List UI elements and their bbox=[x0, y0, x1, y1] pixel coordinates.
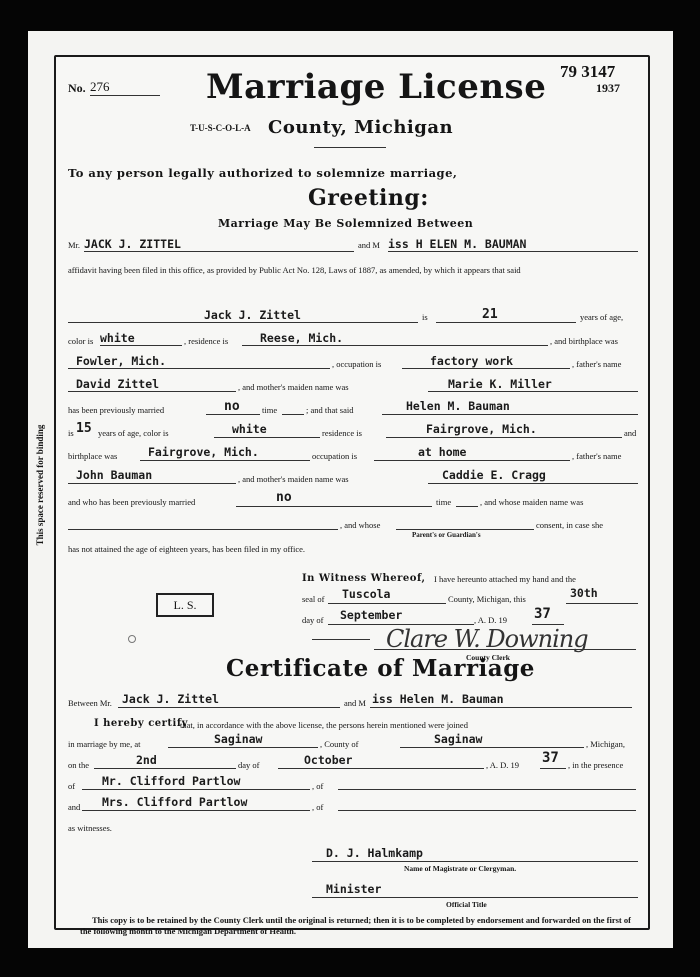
binding-margin: This space reserved for binding bbox=[30, 400, 50, 570]
witness-two: Mrs. Clifford Partlow bbox=[102, 795, 247, 809]
cert-ad-label: , A. D. 19 bbox=[486, 760, 519, 770]
bride-occupation: at home bbox=[418, 445, 466, 459]
bride-and-label: and bbox=[624, 428, 636, 438]
certify-text: that, in accordance with the above licen… bbox=[180, 720, 468, 730]
cert-and-label: and M bbox=[344, 698, 366, 708]
bride-name: iss H ELEN M. BAUMAN bbox=[388, 237, 526, 251]
groom-occupation-line bbox=[402, 368, 570, 369]
witness-two-of-label: , of bbox=[312, 802, 323, 812]
county-prefix: T-U-S-C-O-L-A bbox=[190, 123, 251, 133]
greeting: Greeting: bbox=[308, 185, 429, 211]
mother-label: , and mother's maiden name was bbox=[238, 382, 349, 392]
cert-place: Saginaw bbox=[214, 732, 262, 746]
bride-residence: Fairgrove, Mich. bbox=[426, 422, 537, 436]
certificate-title: Certificate of Marriage bbox=[226, 655, 535, 682]
bride-mother-line bbox=[428, 483, 638, 484]
occupation-label: , occupation is bbox=[332, 359, 381, 369]
bride-birthplace: Fairgrove, Mich. bbox=[148, 445, 259, 459]
mr-label: Mr. bbox=[68, 240, 80, 250]
bride-occupation-line bbox=[374, 460, 570, 461]
certify-intro: I hereby certify bbox=[94, 718, 188, 729]
cert-day-of-label: day of bbox=[238, 760, 259, 770]
groom-residence-line bbox=[242, 345, 548, 346]
witness-intro: In Witness Whereof, bbox=[302, 573, 426, 584]
groom-full-name: Jack J. Zittel bbox=[204, 308, 301, 322]
consent-label: consent, in case she bbox=[536, 520, 603, 530]
witness-county-line bbox=[328, 603, 446, 604]
and-witness-label: and bbox=[68, 802, 80, 812]
state-label: , Michigan, bbox=[586, 739, 625, 749]
officiant-line bbox=[312, 861, 638, 862]
witness-year: 37 bbox=[534, 606, 551, 622]
guardian-label: Parent's or Guardian's bbox=[412, 531, 481, 539]
witness-one: Mr. Clifford Partlow bbox=[102, 774, 240, 788]
cert-day: 2nd bbox=[136, 753, 157, 767]
and-label: and M bbox=[358, 240, 380, 250]
cert-bride-line bbox=[370, 707, 632, 708]
bride-time-line bbox=[456, 506, 478, 507]
official-title: Minister bbox=[326, 882, 381, 896]
maiden-line bbox=[68, 529, 338, 530]
groom-birthplace: Fowler, Mich. bbox=[76, 354, 166, 368]
groom-age: 21 bbox=[482, 307, 498, 322]
color-label: color is bbox=[68, 336, 93, 346]
bride-prev-married: no bbox=[276, 490, 292, 505]
age-label: years of age, bbox=[580, 312, 623, 322]
affidavit-text: affidavit having been filed in this offi… bbox=[68, 262, 636, 279]
cert-county-label: , County of bbox=[320, 739, 359, 749]
witness-day: 30th bbox=[570, 586, 598, 600]
file-number: 79 3147 bbox=[560, 62, 615, 82]
and-said-label: ; and that said bbox=[306, 405, 353, 415]
official-title-label: Official Title bbox=[446, 900, 487, 909]
prev-married-label: has been previously married bbox=[68, 405, 164, 415]
groom-occupation: factory work bbox=[430, 354, 513, 368]
license-form: No. 276 Marriage License 79 3147 1937 T-… bbox=[54, 55, 650, 930]
witness-two-of-line bbox=[338, 810, 636, 811]
as-witnesses: as witnesses. bbox=[68, 823, 112, 833]
groom-name: JACK J. ZITTEL bbox=[84, 237, 181, 251]
bride-is-label: is bbox=[68, 428, 74, 438]
header-divider bbox=[314, 147, 386, 148]
groom-age-line bbox=[436, 322, 576, 323]
father-label: , father's name bbox=[572, 359, 621, 369]
number-underline bbox=[90, 95, 160, 96]
bride-color: white bbox=[232, 422, 267, 436]
bride-name-line bbox=[382, 414, 638, 415]
time-label: time bbox=[262, 405, 277, 415]
day-of-label: day of bbox=[302, 615, 323, 625]
punch-hole-icon bbox=[128, 635, 136, 643]
county-heading: County, Michigan bbox=[268, 117, 453, 138]
cert-day-line bbox=[94, 768, 236, 769]
groom-name-line bbox=[68, 322, 418, 323]
guardian-line bbox=[396, 529, 534, 530]
witness-county-label: County, Michigan, this bbox=[448, 594, 526, 604]
bride-father-label: , father's name bbox=[572, 451, 621, 461]
bride-residence-label: residence is bbox=[322, 428, 362, 438]
page-title: Marriage License bbox=[206, 67, 546, 107]
bride-father-line bbox=[68, 483, 236, 484]
between-label: Between Mr. bbox=[68, 698, 112, 708]
bride-line bbox=[388, 251, 638, 252]
witness-county: Tuscola bbox=[342, 587, 390, 601]
seal-label: seal of bbox=[302, 594, 324, 604]
groom-mother: Marie K. Miller bbox=[448, 377, 552, 391]
groom-prev-married: no bbox=[224, 399, 240, 414]
of-label: of bbox=[68, 781, 75, 791]
file-year: 1937 bbox=[596, 81, 620, 96]
cert-month-line bbox=[278, 768, 484, 769]
bride-birthplace-label: birthplace was bbox=[68, 451, 117, 461]
presence-label: , in the presence bbox=[568, 760, 623, 770]
binding-note: This space reserved for binding bbox=[35, 425, 45, 546]
groom-color: white bbox=[100, 331, 135, 345]
bride-age-label: years of age, color is bbox=[98, 428, 169, 438]
bride-color-line bbox=[214, 437, 320, 438]
cert-month: October bbox=[304, 753, 352, 767]
residence-label: , residence is bbox=[184, 336, 228, 346]
bride-occupation-label: occupation is bbox=[312, 451, 357, 461]
groom-prev-line bbox=[206, 414, 260, 415]
footer-note: This copy is to be retained by the Count… bbox=[80, 915, 632, 937]
is-label: is bbox=[422, 312, 428, 322]
cert-groom: Jack J. Zittel bbox=[122, 692, 219, 706]
official-title-line bbox=[312, 897, 638, 898]
cert-place-line bbox=[168, 747, 318, 748]
bride-birthplace-line bbox=[140, 460, 310, 461]
subheading: Marriage May Be Solemnized Between bbox=[218, 217, 473, 230]
seal-box: L. S. bbox=[156, 593, 214, 617]
witness-one-line bbox=[82, 789, 310, 790]
in-marriage-label: in marriage by me, at bbox=[68, 739, 140, 749]
bride-age: 15 bbox=[76, 421, 92, 436]
not-attained-text: has not attained the age of eighteen yea… bbox=[68, 544, 305, 554]
cert-county: Saginaw bbox=[434, 732, 482, 746]
groom-father-line bbox=[68, 391, 236, 392]
ad-label: , A. D. 19 bbox=[474, 615, 507, 625]
section-divider bbox=[312, 639, 370, 640]
bride-mother-label: , and mother's maiden name was bbox=[238, 474, 349, 484]
bride-full-name: Helen M. Bauman bbox=[406, 399, 510, 413]
bride-residence-line bbox=[386, 437, 622, 438]
groom-color-line bbox=[100, 345, 182, 346]
officiant-label: Name of Magistrate or Clergyman. bbox=[404, 864, 516, 873]
witness-two-line bbox=[82, 810, 310, 811]
officiant-name: D. J. Halmkamp bbox=[326, 846, 423, 860]
cert-groom-line bbox=[118, 707, 340, 708]
groom-residence: Reese, Mich. bbox=[260, 331, 343, 345]
signature-line bbox=[374, 649, 636, 650]
witness-one-of-label: , of bbox=[312, 781, 323, 791]
whose-label: , and whose bbox=[340, 520, 380, 530]
maiden-label: , and whose maiden name was bbox=[480, 497, 583, 507]
groom-line bbox=[84, 251, 354, 252]
license-number: 276 bbox=[90, 79, 110, 95]
cert-bride: iss Helen M. Bauman bbox=[372, 692, 504, 706]
salutation: To any person legally authorized to sole… bbox=[68, 166, 457, 180]
witness-month: September bbox=[340, 608, 402, 622]
bride-mother: Caddie E. Cragg bbox=[442, 468, 546, 482]
cert-year-line bbox=[540, 768, 566, 769]
on-the-label: on the bbox=[68, 760, 89, 770]
number-label: No. bbox=[68, 81, 86, 96]
bride-father: John Bauman bbox=[76, 468, 152, 482]
cert-year: 37 bbox=[542, 750, 559, 766]
birthplace-label: , and birthplace was bbox=[550, 336, 618, 346]
time-line bbox=[282, 414, 304, 415]
groom-father: David Zittel bbox=[76, 377, 159, 391]
groom-birthplace-line bbox=[68, 368, 330, 369]
witness-day-line bbox=[566, 603, 638, 604]
witness-text: I have hereunto attached my hand and the bbox=[434, 574, 576, 584]
bride-time-label: time bbox=[436, 497, 451, 507]
groom-mother-line bbox=[428, 391, 638, 392]
bride-prev-line bbox=[236, 506, 432, 507]
bride-prev-married-label: and who has been previously married bbox=[68, 497, 195, 507]
witness-one-of-line bbox=[338, 789, 636, 790]
cert-county-line bbox=[400, 747, 584, 748]
